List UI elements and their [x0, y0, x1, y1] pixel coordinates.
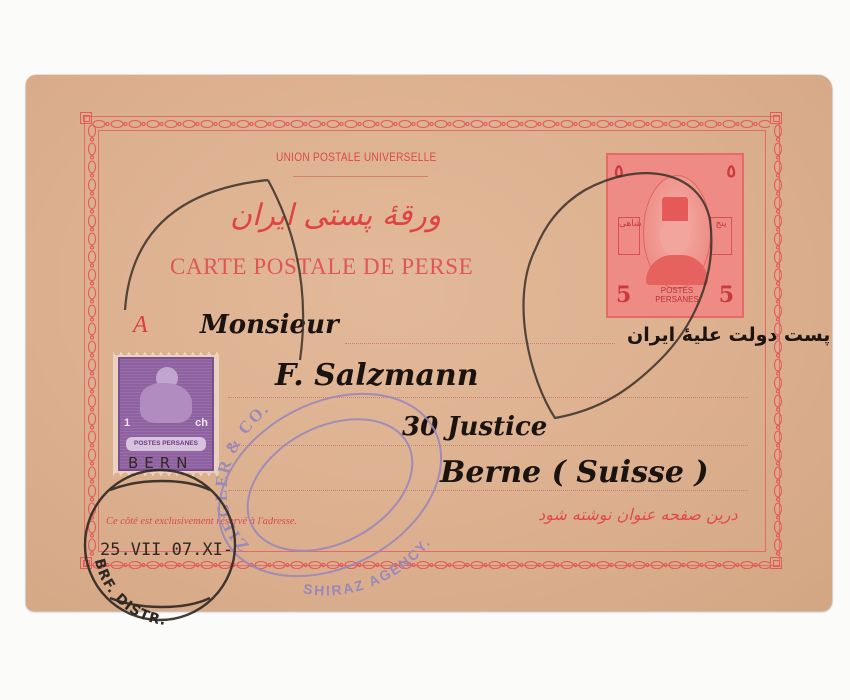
notice-text: Ce côté est exclusivement réservé à l'ad…: [106, 516, 297, 527]
value-left: 5: [616, 282, 631, 308]
side-panel-right: پنج: [710, 217, 732, 255]
corner-ornament: [770, 112, 782, 124]
portrait-face: [660, 221, 690, 255]
header-rule: [293, 176, 428, 177]
address-line: [228, 445, 748, 446]
denomination-left: 1: [124, 417, 130, 429]
corner-ornament: [80, 557, 92, 569]
value-persian-left: ٥: [614, 161, 624, 182]
upu-header: UNION POSTALE UNIVERSELLE: [276, 152, 437, 164]
stamp-caption: POSTES PERSANES: [642, 286, 712, 304]
french-title: CARTE POSTALE DE PERSE: [170, 254, 473, 280]
address-line: [228, 490, 748, 491]
handwriting-line-4: Berne ( Suisse ): [440, 455, 709, 490]
handwriting-line-2: F. Salzmann: [275, 358, 479, 393]
address-line: [228, 397, 748, 398]
address-line: [345, 343, 615, 344]
handwriting-line-3: 30 Justice: [402, 412, 547, 442]
overprint-text: پست دولت علیهٔ ایران: [627, 324, 830, 346]
corner-ornament: [770, 557, 782, 569]
lion-and-sun-design: 1 ch POSTES PERSANES: [118, 357, 214, 471]
stamp-banner: POSTES PERSANES: [126, 437, 206, 451]
lion-icon: [140, 383, 192, 423]
persian-notice: درین صفحه عنوان نوشته شود: [538, 505, 738, 524]
denomination-right: ch: [195, 417, 208, 429]
adhesive-stamp: 1 ch POSTES PERSANES: [113, 352, 219, 476]
value-right: 5: [719, 282, 734, 308]
imprinted-stamp: ٥ ٥ شاهی پنج 5 5 POSTES PERSANES: [606, 153, 744, 318]
persian-title: ورقهٔ پستی ایران: [230, 198, 441, 233]
side-panel-left: شاهی: [618, 217, 640, 255]
corner-ornament: [80, 112, 92, 124]
handwriting-line-1: Monsieur: [200, 310, 339, 340]
address-prefix: A: [133, 312, 148, 339]
portrait-fez: [662, 197, 688, 221]
value-persian-right: ٥: [726, 161, 736, 182]
